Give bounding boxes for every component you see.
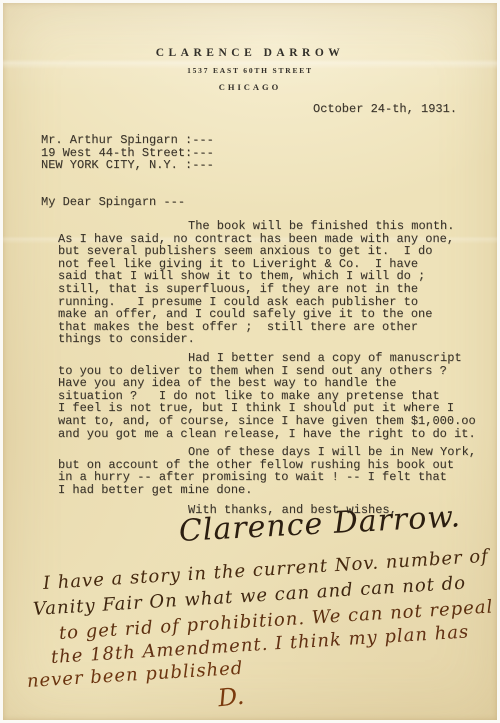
postscript-initial: D. [217, 682, 246, 713]
letter-body: The book will be finished this month. As… [58, 220, 478, 517]
paragraph-3: One of these days I will be in New York,… [58, 446, 478, 496]
recipient-city: NEW YORK CITY, N.Y. :--- [41, 159, 214, 172]
salutation: My Dear Spingarn --- [41, 196, 185, 209]
paragraph-2: Had I better send a copy of manuscript t… [58, 352, 478, 440]
paragraph-1: The book will be finished this month. As… [58, 220, 478, 346]
letter-page: CLARENCE DARROW 1537 EAST 60TH STREET CH… [3, 3, 497, 720]
recipient-address: Mr. Arthur Spingarn :--- 19 West 44-th S… [41, 134, 214, 172]
recipient-name: Mr. Arthur Spingarn :--- [41, 134, 214, 147]
letterhead: CLARENCE DARROW 1537 EAST 60TH STREET CH… [3, 47, 497, 92]
letterhead-street: 1537 EAST 60TH STREET [3, 66, 497, 75]
date-line: October 24-th, 1931. [313, 103, 457, 116]
letterhead-city: CHICAGO [3, 82, 497, 92]
letterhead-name: CLARENCE DARROW [3, 47, 497, 59]
scanned-letter: CLARENCE DARROW 1537 EAST 60TH STREET CH… [0, 0, 500, 723]
